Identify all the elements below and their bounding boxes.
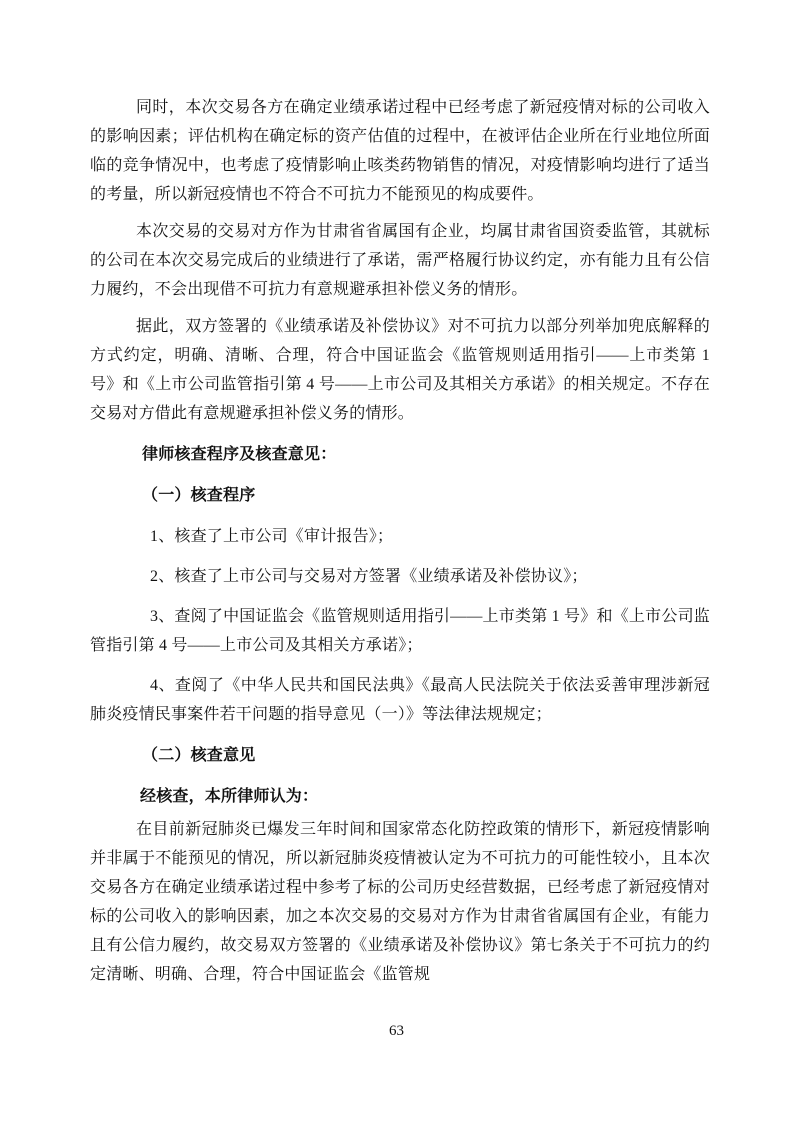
heading-verification-procedure: （一）核查程序: [90, 481, 710, 510]
page-number: 63: [0, 1022, 793, 1040]
paragraph-counterparty-soe: 本次交易的交易对方作为甘肃省省属国有企业，均属甘肃省国资委监管，其就标的公司在本…: [90, 217, 710, 304]
heading-lawyer-verification: 律师核查程序及核查意见：: [90, 440, 710, 469]
paragraph-covid-consideration: 同时，本次交易各方在确定业绩承诺过程中已经考虑了新冠疫情对标的公司收入的影响因素…: [90, 93, 710, 209]
list-item-3: 3、查阅了中国证监会《监管规则适用指引——上市类第 1 号》和《上市公司监管指引…: [90, 602, 710, 660]
paragraph-agreement-compliance: 据此，双方签署的《业绩承诺及补偿协议》对不可抗力以部分列举加兜底解释的方式约定，…: [90, 312, 710, 428]
lead-lawyer-opinion: 经核查，本所律师认为：: [90, 782, 710, 811]
heading-verification-opinion: （二）核查意见: [90, 741, 710, 770]
list-item-4: 4、查阅了《中华人民共和国民法典》《最高人民法院关于依法妥善审理涉新冠肺炎疫情民…: [90, 671, 710, 729]
list-item-1: 1、核查了上市公司《审计报告》；: [90, 522, 710, 551]
list-item-2: 2、核查了上市公司与交易对方签署《业绩承诺及补偿协议》；: [90, 562, 710, 591]
document-body: 同时，本次交易各方在确定业绩承诺过程中已经考虑了新冠疫情对标的公司收入的影响因素…: [0, 0, 793, 997]
paragraph-opinion-conclusion: 在目前新冠肺炎已爆发三年时间和国家常态化防控政策的情形下，新冠疫情影响并非属于不…: [90, 815, 710, 989]
document-page: 同时，本次交易各方在确定业绩承诺过程中已经考虑了新冠疫情对标的公司收入的影响因素…: [0, 0, 793, 1122]
